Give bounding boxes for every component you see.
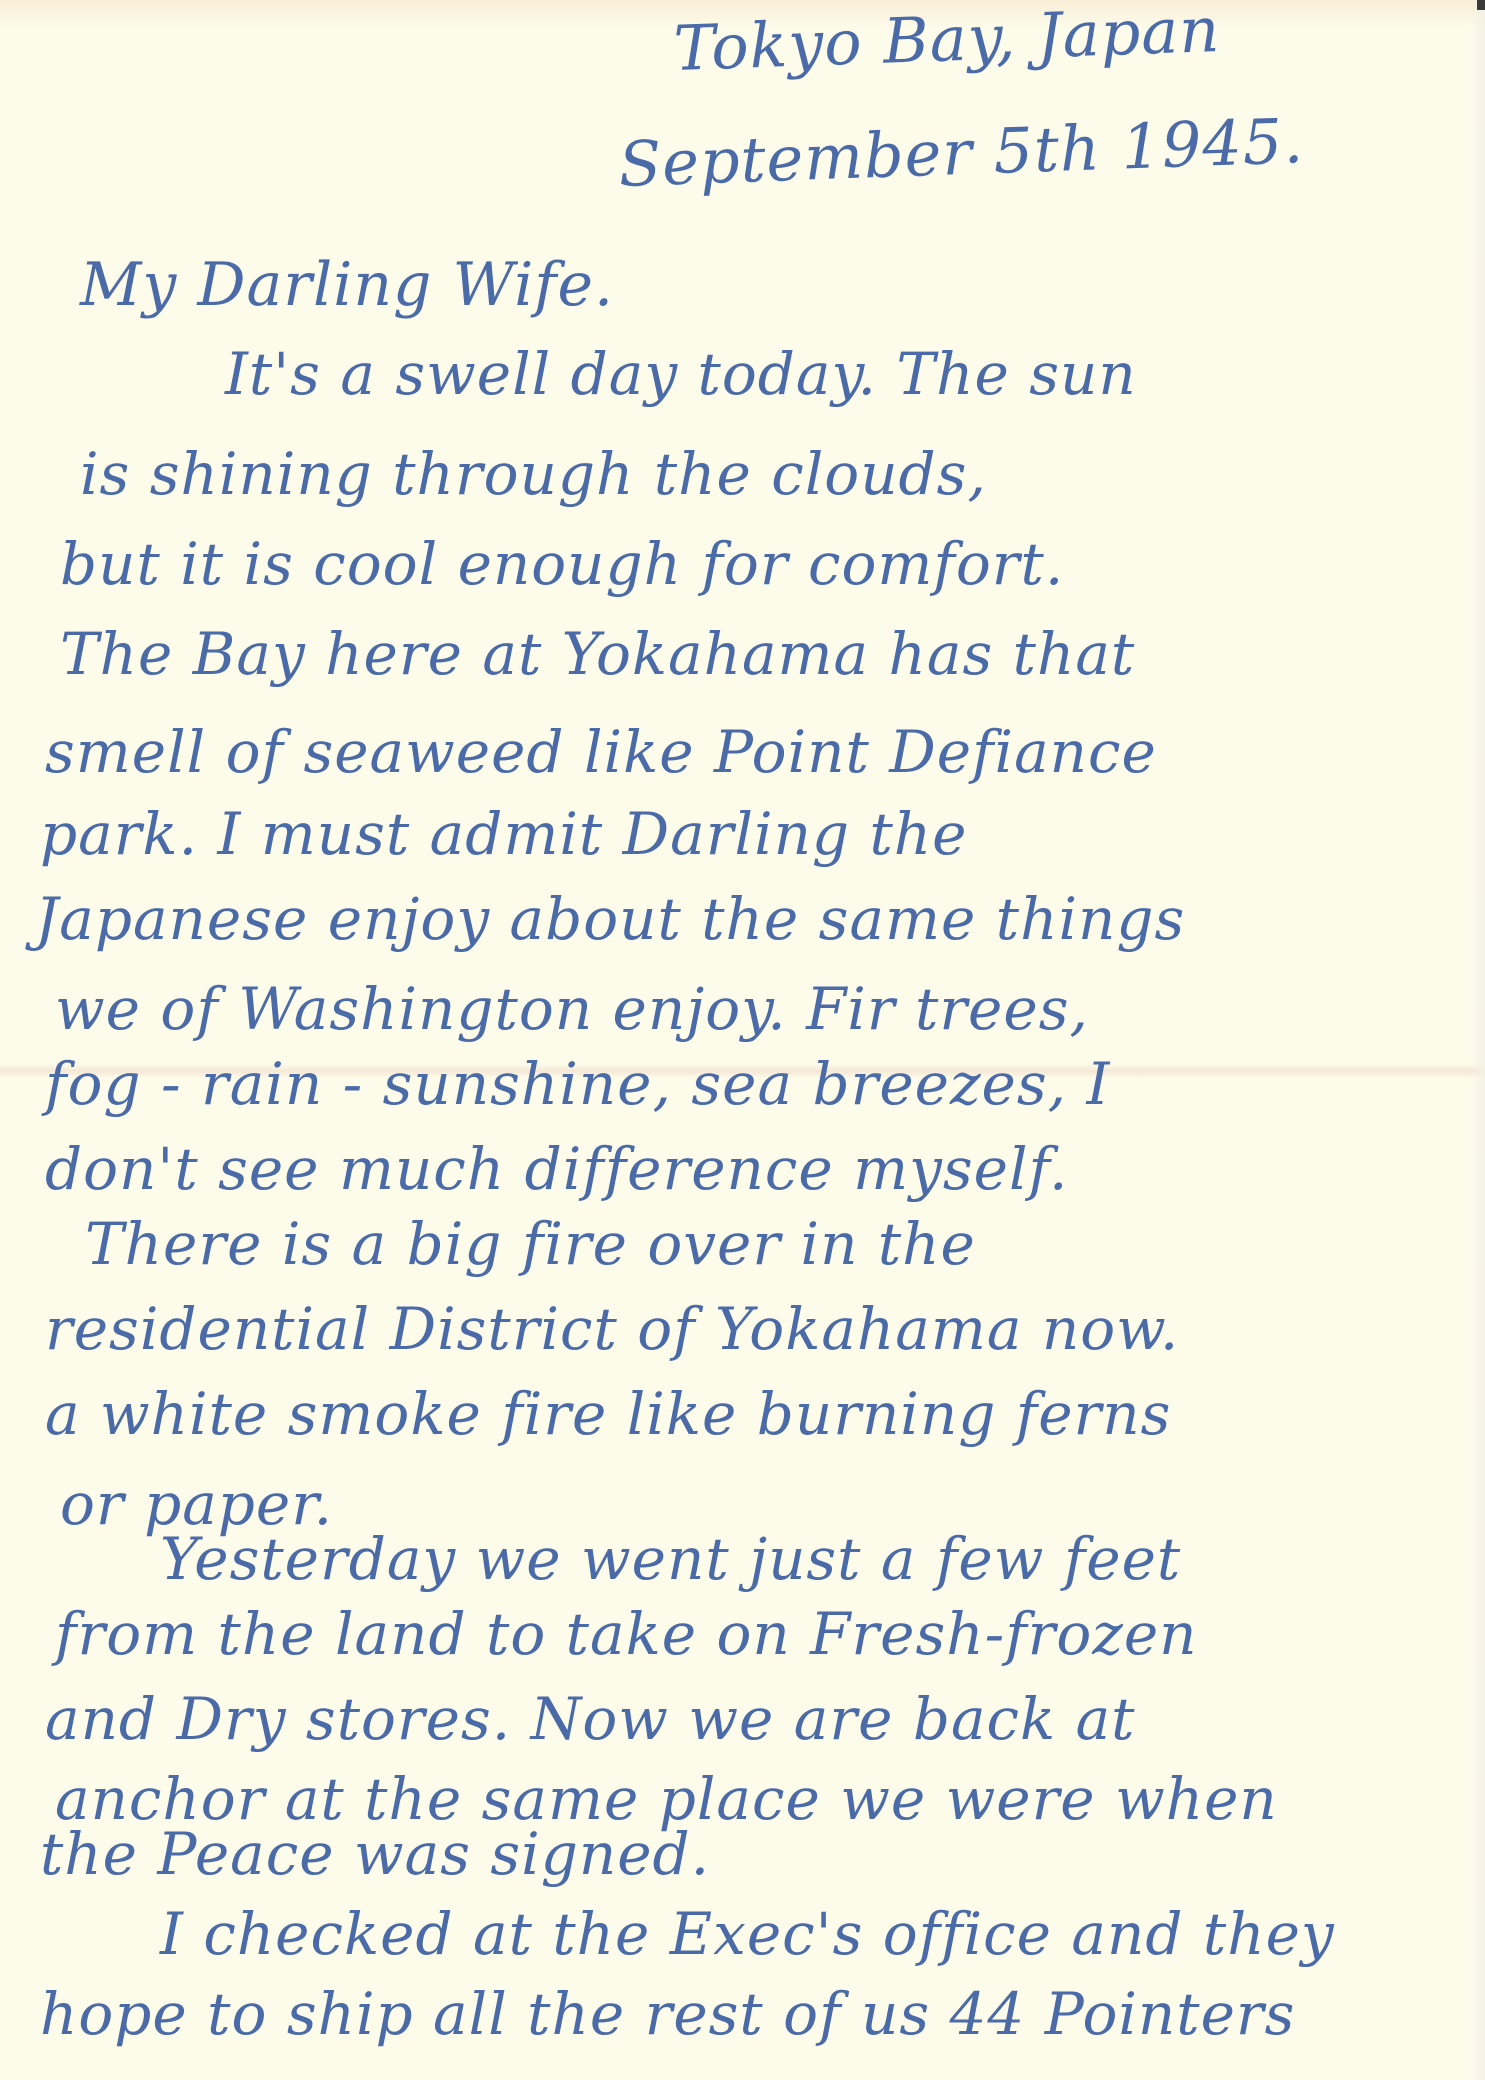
letter-salutation: My Darling Wife. xyxy=(80,250,614,320)
scan-corner-mark xyxy=(1477,0,1485,10)
letter-line: park. I must admit Darling the xyxy=(40,800,967,868)
letter-line: is shining through the clouds, xyxy=(80,440,987,508)
letter-line: but it is cool enough for comfort. xyxy=(60,530,1064,598)
letter-line: Yesterday we went just a few feet xyxy=(160,1525,1181,1593)
letter-page: Tokyo Bay, Japan September 5th 1945. My … xyxy=(0,0,1485,2080)
paper-edge xyxy=(1471,0,1485,2080)
letter-line: and Dry stores. Now we are back at xyxy=(45,1685,1136,1753)
letter-line: residential District of Yokahama now. xyxy=(45,1295,1179,1363)
letter-line: It's a swell day today. The sun xyxy=(225,340,1137,408)
letter-line: hope to ship all the rest of us 44 Point… xyxy=(40,1980,1295,2048)
letter-line: There is a big fire over in the xyxy=(85,1210,976,1278)
letter-place: Tokyo Bay, Japan xyxy=(672,0,1221,85)
letter-line: I checked at the Exec's office and they xyxy=(160,1900,1335,1968)
letter-line: smell of seaweed like Point Defiance xyxy=(45,718,1157,786)
letter-line: from the land to take on Fresh-frozen xyxy=(55,1600,1198,1668)
letter-line: don't see much difference myself. xyxy=(45,1135,1068,1203)
letter-line: The Bay here at Yokahama has that xyxy=(60,620,1135,688)
letter-line: the Peace was signed. xyxy=(40,1820,710,1888)
letter-line: Japanese enjoy about the same things xyxy=(35,885,1185,953)
letter-line: fog - rain - sunshine, sea breezes, I xyxy=(45,1050,1110,1118)
letter-line: we of Washington enjoy. Fir trees, xyxy=(55,975,1089,1043)
letter-line: a white smoke fire like burning ferns xyxy=(45,1380,1171,1448)
letter-date: September 5th 1945. xyxy=(617,104,1305,201)
